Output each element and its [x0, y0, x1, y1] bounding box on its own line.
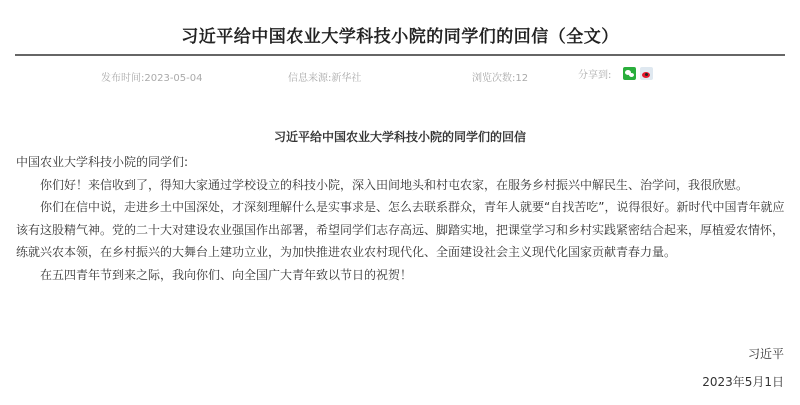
- view-count: 浏览次数:12: [472, 69, 528, 84]
- signature-name: 习近平: [702, 340, 784, 368]
- letter-signature: 习近平 2023年5月1日: [702, 340, 784, 396]
- weibo-icon[interactable]: [640, 67, 653, 80]
- letter-paragraph: 你们好！来信收到了，得知大家通过学校设立的科技小院，深入田间地头和村屯农家，在服…: [16, 174, 786, 197]
- share-bar: 分享到:: [578, 66, 653, 81]
- letter-title: 习近平给中国农业大学科技小院的同学们的回信: [0, 128, 800, 145]
- wechat-icon[interactable]: [623, 67, 636, 80]
- share-label: 分享到:: [578, 66, 611, 81]
- publish-date: 发布时间:2023-05-04: [101, 69, 202, 84]
- signature-date: 2023年5月1日: [702, 368, 784, 396]
- letter-body: 中国农业大学科技小院的同学们: 你们好！来信收到了，得知大家通过学校设立的科技小…: [16, 151, 786, 286]
- letter-paragraph: 在五四青年节到来之际，我向你们、向全国广大青年致以节日的祝贺！: [16, 264, 786, 287]
- letter-paragraph: 你们在信中说，走进乡土中国深处，才深刻理解什么是实事求是、怎么去联系群众，青年人…: [16, 196, 786, 264]
- headline-divider: [15, 54, 785, 56]
- letter-salutation: 中国农业大学科技小院的同学们:: [16, 151, 786, 174]
- article-headline: 习近平给中国农业大学科技小院的同学们的回信（全文）: [0, 22, 800, 47]
- info-source: 信息来源:新华社: [288, 69, 361, 84]
